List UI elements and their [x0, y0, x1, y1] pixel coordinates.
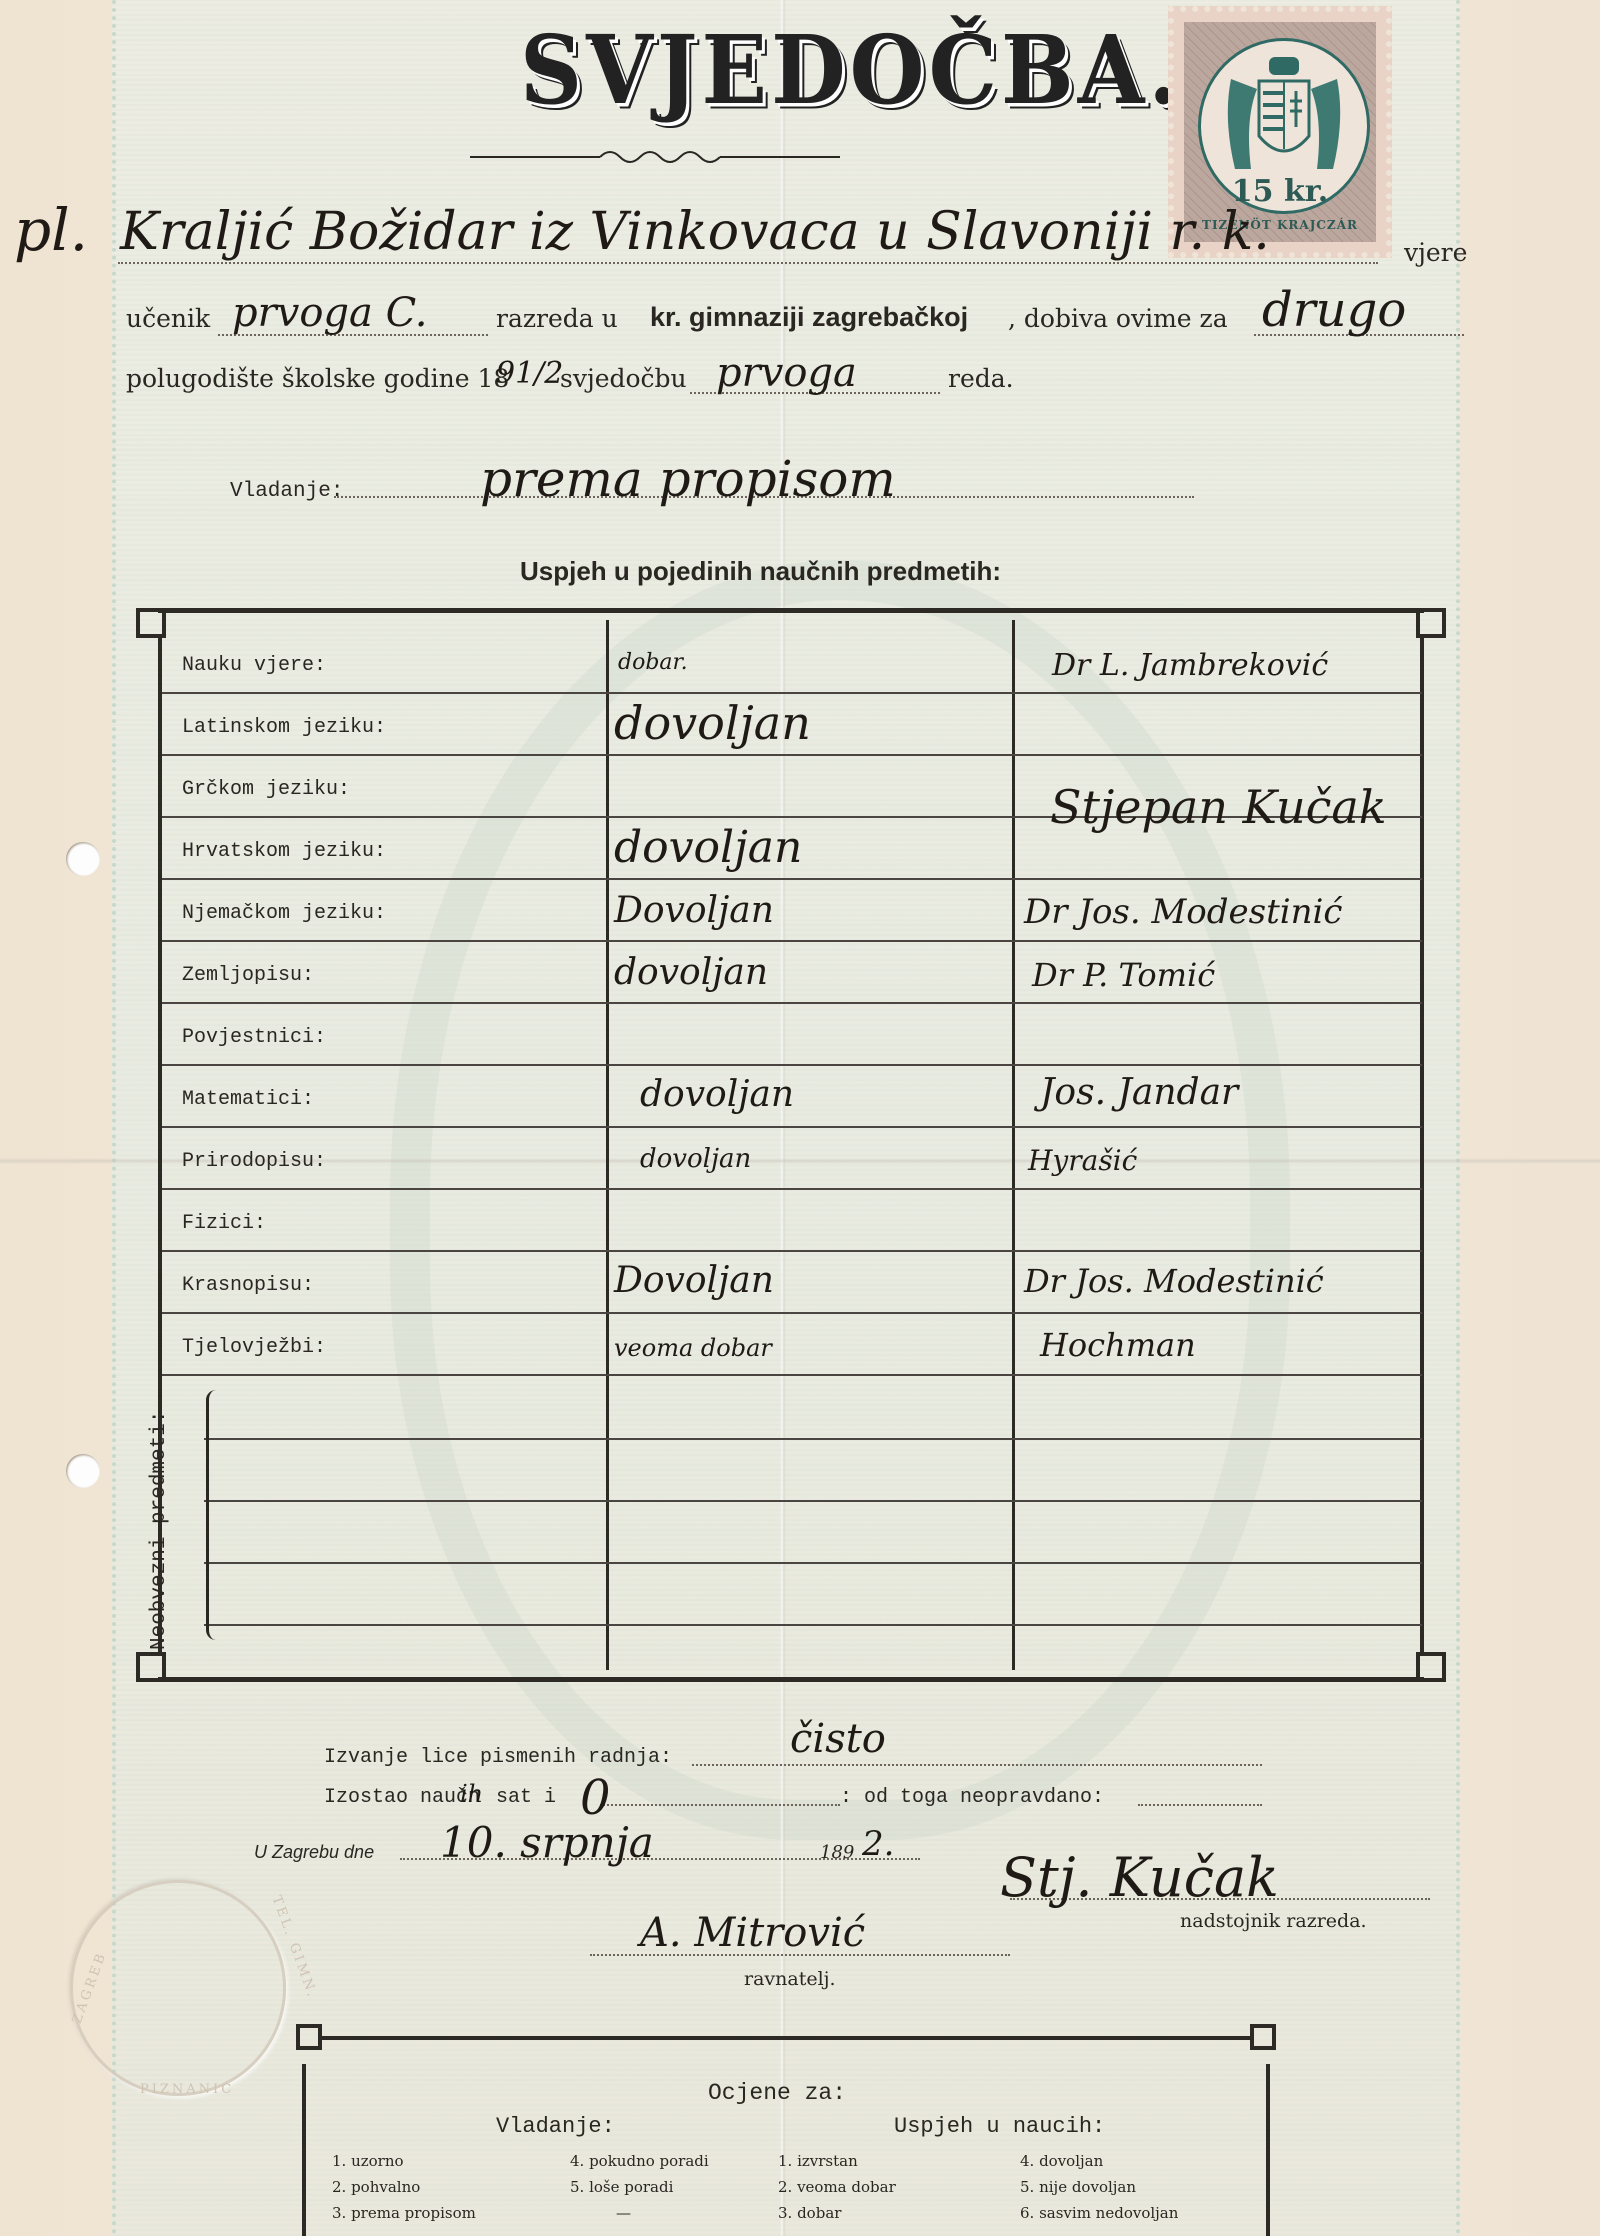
absence-handwritten: ih [460, 1780, 483, 1808]
legend-conduct-item: 3. prema propisom [332, 2204, 476, 2222]
teacher-signature: Jos. Jandar [1040, 1072, 1238, 1113]
class-teacher-title: nadstojnik razreda. [1180, 1910, 1367, 1932]
legend-conduct-item: 2. pohvalno [332, 2178, 420, 2196]
year-prefix: 189 [820, 1842, 854, 1863]
grade-handwritten: dovoljan [614, 696, 811, 750]
teacher-signature: Hochman [1040, 1326, 1196, 1364]
ucenik-label: učenik [126, 304, 210, 333]
teacher-signature: Dr Jos. Modestinić [1024, 892, 1342, 932]
legend-conduct-item: — [616, 2204, 631, 2222]
place-date-label: U Zagrebu dne [254, 1842, 374, 1863]
svjedocbu-label: svjedočbu [560, 364, 687, 393]
subject-label: Povjestnici: [182, 1026, 326, 1049]
razreda-label: razreda u [496, 304, 618, 333]
semester-handwritten: drugo [1262, 282, 1406, 338]
legend-success-item: 3. dobar [778, 2204, 841, 2222]
subject-label: Matematici: [182, 1088, 314, 1111]
hours-label: sat i [496, 1786, 556, 1809]
teacher-signature: Hyrašić [1028, 1144, 1137, 1177]
embossed-seal [70, 1880, 286, 2096]
subject-label: Fizici: [182, 1212, 266, 1235]
document-title: SVJEDOČBA. [520, 15, 1182, 126]
subject-label: Grčkom jeziku: [182, 778, 350, 801]
teacher-signature: Dr P. Tomić [1032, 956, 1215, 994]
absence-label: Izostao naučn [324, 1786, 480, 1809]
subject-label: Prirodopisu: [182, 1150, 326, 1173]
grading-legend: Ocjene za: Vladanje: 1. uzorno 2. pohval… [296, 2024, 1276, 2236]
optional-subjects-label: Neobvezni predmeti: [148, 1411, 171, 1650]
teacher-signature: Dr L. Jambreković [1052, 648, 1328, 683]
date-handwritten: 10. srpnja [440, 1818, 654, 1867]
class-handwritten: prvoga C. [232, 290, 427, 336]
legend-success-item: 2. veoma dobar [778, 2178, 896, 2196]
grade-handwritten: dovoljan [614, 952, 768, 993]
subject-label: Njemačkom jeziku: [182, 902, 386, 925]
neatness-dotted-line [692, 1764, 1262, 1766]
legend-success-item: 5. nije dovoljan [1020, 2178, 1136, 2196]
legend-conduct-item: 1. uzorno [332, 2152, 404, 2170]
grades-table-frame [136, 608, 1446, 1682]
year-handwritten: 2. [862, 1824, 894, 1864]
subject-label: Krasnopisu: [182, 1274, 314, 1297]
ornament-flourish-icon [470, 145, 840, 169]
school-year-handwritten: 91/2 [496, 356, 563, 391]
subject-label: Nauku vjere: [182, 654, 326, 677]
seal-text: PIZNANIC [140, 2082, 234, 2097]
order-handwritten: prvoga [716, 350, 857, 396]
legend-conduct-item: 5. loše poradi [570, 2178, 673, 2196]
grade-handwritten: dovoljan [640, 1074, 794, 1115]
director-signature: A. Mitrović [640, 1910, 865, 1956]
grade-handwritten: Dovoljan [614, 890, 774, 931]
legend-heading: Ocjene za: [708, 2080, 846, 2106]
unexcused-dotted-line [1138, 1804, 1262, 1806]
legend-conduct-item: 4. pokudno poradi [570, 2152, 709, 2170]
unexcused-label: : od toga neopravdano: [840, 1786, 1104, 1809]
class-teacher-signature: Stj. Kučak [1000, 1846, 1279, 1909]
conduct-label: Vladanje: [230, 480, 343, 503]
reda-label: reda. [948, 364, 1014, 393]
grade-handwritten: dovoljan [640, 1144, 751, 1174]
grade-handwritten: Dovoljan [614, 1260, 774, 1301]
teacher-signature: Stjepan Kučak [1050, 780, 1387, 834]
neatness-handwritten: čisto [790, 1716, 886, 1762]
school-year-label: polugodište školske godine 18 [126, 364, 509, 393]
legend-success-title: Uspjeh u naucih: [894, 2114, 1105, 2139]
punch-hole-icon [66, 842, 100, 876]
subject-label: Latinskom jeziku: [182, 716, 386, 739]
grade-handwritten: dobar. [618, 650, 688, 675]
neatness-label: Izvanje lice pismenih radnja: [324, 1746, 672, 1769]
hours-dotted-line [600, 1804, 840, 1806]
punch-hole-icon [66, 1454, 100, 1488]
conduct-handwritten: prema propisom [480, 450, 896, 508]
name-dotted-line [118, 262, 1378, 264]
brace-icon [206, 1390, 217, 1640]
subject-label: Zemljopisu: [182, 964, 314, 987]
legend-success-item: 4. dovoljan [1020, 2152, 1103, 2170]
legend-conduct-title: Vladanje: [496, 2114, 615, 2139]
director-title: ravnatelj. [744, 1968, 836, 1990]
legend-success-item: 6. sasvim nedovoljan [1020, 2204, 1178, 2222]
subject-label: Tjelovježbi: [182, 1336, 326, 1359]
dobiva-label: , dobiva ovime za [1008, 304, 1228, 333]
school-name: kr. gimnaziji zagrebačkoj [650, 302, 968, 333]
subject-label: Hrvatskom jeziku: [182, 840, 386, 863]
student-name-handwritten: Kraljić Božidar iz Vinkovaca u Slavoniji… [120, 202, 1270, 262]
teacher-signature: Dr Jos. Modestinić [1024, 1262, 1324, 1300]
grade-handwritten: dovoljan [614, 822, 802, 873]
name-prefix-handwritten: pl. [14, 196, 88, 264]
legend-success-item: 1. izvrstan [778, 2152, 858, 2170]
grade-handwritten: veoma dobar [614, 1334, 772, 1362]
name-suffix-label: vjere [1404, 238, 1467, 267]
subjects-heading: Uspjeh u pojedinih naučnih predmetih: [520, 556, 1001, 587]
